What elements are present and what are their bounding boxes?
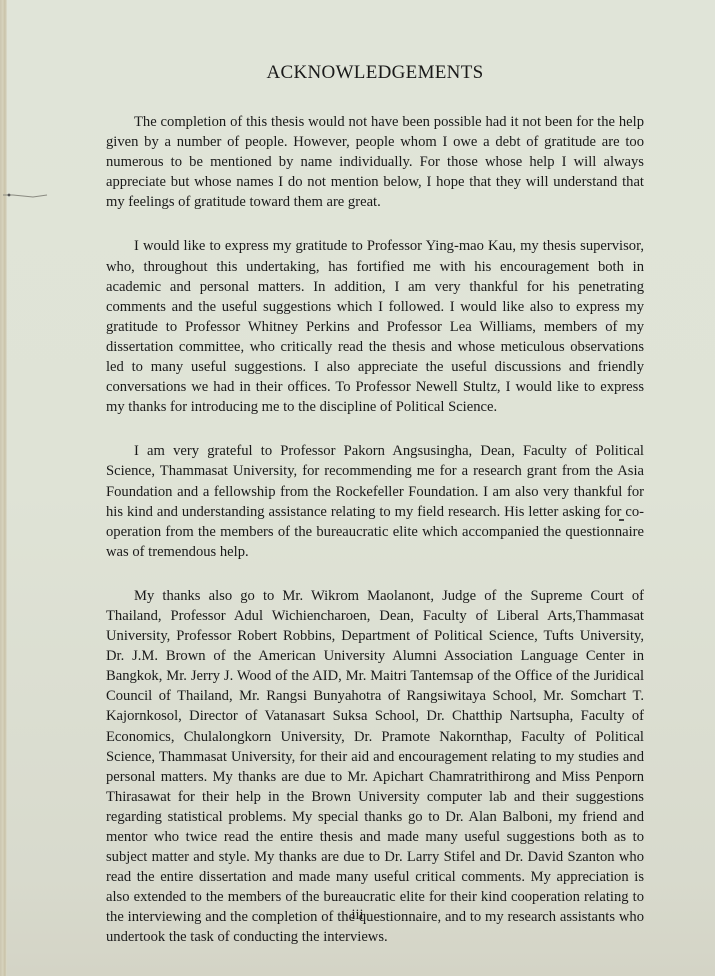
pencil-mark-icon bbox=[3, 192, 48, 198]
page-title: ACKNOWLEDGEMENTS bbox=[106, 60, 644, 86]
acknowledgements-section: ACKNOWLEDGEMENTS The completion of this … bbox=[106, 60, 644, 972]
paragraph-others: My thanks also go to Mr. Wikrom Maolanon… bbox=[106, 586, 644, 948]
ink-speck bbox=[619, 519, 624, 521]
paragraph-intro: The completion of this thesis would not … bbox=[106, 112, 644, 212]
page-binding-edge bbox=[0, 0, 7, 976]
scanned-page: ACKNOWLEDGEMENTS The completion of this … bbox=[0, 0, 715, 976]
paragraph-dean: I am very grateful to Professor Pakorn A… bbox=[106, 441, 644, 562]
paragraph-supervisor: I would like to express my gratitude to … bbox=[106, 236, 644, 417]
page-number: iii bbox=[0, 907, 715, 924]
